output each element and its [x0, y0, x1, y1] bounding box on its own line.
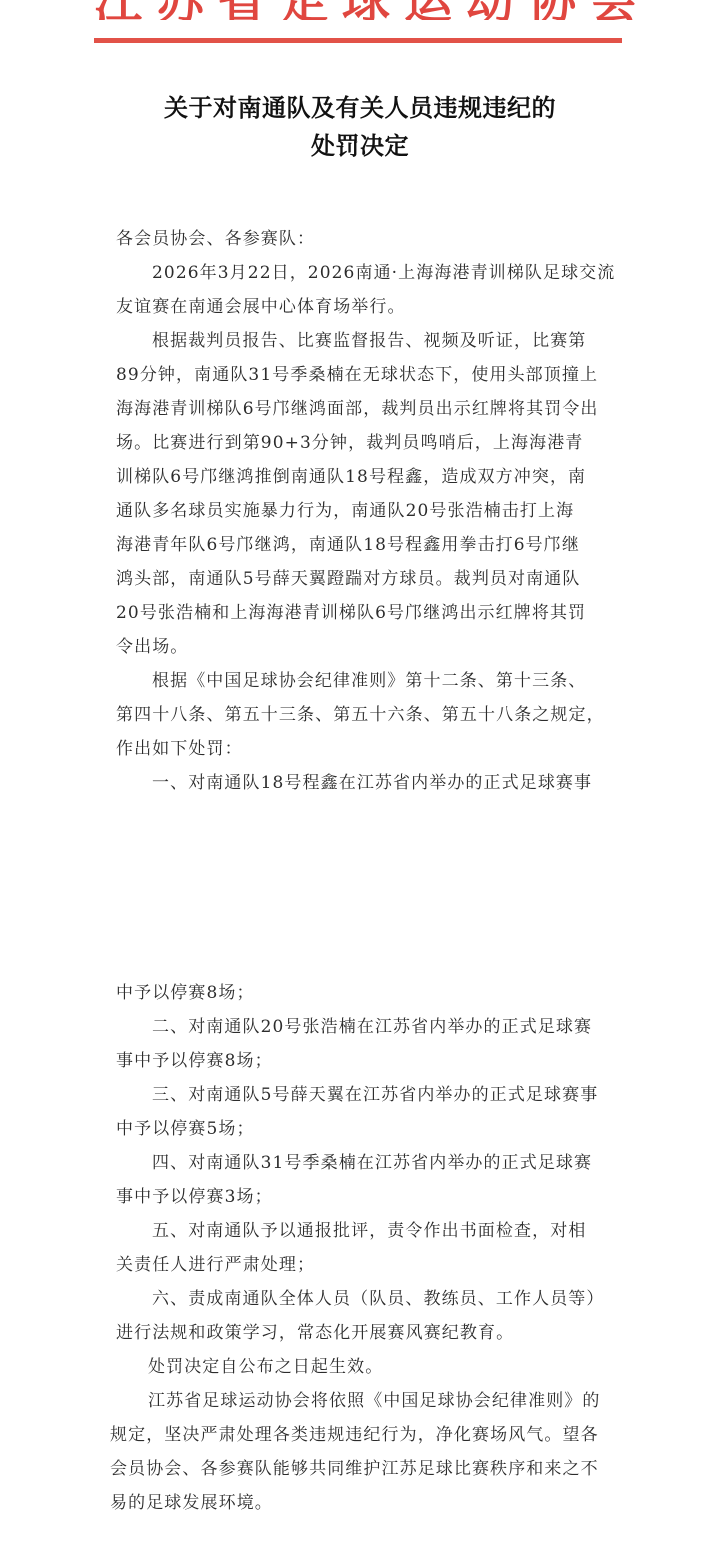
closing-line: 规定，坚决严肃处理各类违规违纪行为，净化赛场风气。望各 — [110, 1424, 602, 1446]
body-line: 令出场。 — [116, 636, 608, 658]
body-line: 2026年3月22日，2026南通·上海海港青训梯队足球交流 — [152, 262, 608, 284]
body-line: 根据裁判员报告、比赛监督报告、视频及听证，比赛第 — [152, 330, 608, 352]
penalty-item-1: 一、对南通队18号程鑫在江苏省内举办的正式足球赛事 — [152, 772, 608, 794]
red-divider — [94, 38, 622, 43]
penalty-item-2-cont: 事中予以停赛8场； — [116, 1050, 608, 1072]
salutation: 各会员协会、各参赛队： — [116, 228, 608, 250]
body-line: 海海港青训梯队6号邝继鸿面部，裁判员出示红牌将其罚令出 — [116, 398, 608, 420]
closing-line: 会员协会、各参赛队能够共同维护江苏足球比赛秩序和来之不 — [110, 1458, 602, 1480]
penalty-item-6: 六、责成南通队全体人员（队员、教练员、工作人员等） — [152, 1288, 608, 1310]
body-line: 通队多名球员实施暴力行为，南通队20号张浩楠击打上海 — [116, 500, 608, 522]
body-line: 第四十八条、第五十三条、第五十六条、第五十八条之规定， — [116, 704, 608, 726]
penalty-item-3-cont: 中予以停赛5场； — [116, 1118, 608, 1140]
penalty-item-2: 二、对南通队20号张浩楠在江苏省内举办的正式足球赛 — [152, 1016, 608, 1038]
body-line: 友谊赛在南通会展中心体育场举行。 — [116, 296, 608, 318]
body-line: 海港青年队6号邝继鸿，南通队18号程鑫用拳击打6号邝继 — [116, 534, 608, 556]
penalty-item-5-cont: 关责任人进行严肃处理； — [116, 1254, 608, 1276]
effective-statement: 处罚决定自公布之日起生效。 — [148, 1356, 640, 1378]
penalty-item-5: 五、对南通队予以通报批评，责令作出书面检查，对相 — [152, 1220, 608, 1242]
penalty-item-4: 四、对南通队31号季桑楠在江苏省内举办的正式足球赛 — [152, 1152, 608, 1174]
body-line: 训梯队6号邝继鸿推倒南通队18号程鑫，造成双方冲突，南 — [116, 466, 608, 488]
closing-line: 易的足球发展环境。 — [110, 1492, 602, 1514]
body-line: 20号张浩楠和上海海港青训梯队6号邝继鸿出示红牌将其罚 — [116, 602, 608, 624]
document-title-line-2: 处罚决定 — [0, 126, 720, 161]
document-title-line-1: 关于对南通队及有关人员违规违纪的 — [0, 88, 720, 123]
body-line: 根据《中国足球协会纪律准则》第十二条、第十三条、 — [152, 670, 608, 692]
organization-name: 江苏省足球运动协会 — [94, 0, 624, 20]
penalty-item-4-cont: 事中予以停赛3场； — [116, 1186, 608, 1208]
body-line: 场。比赛进行到第90+3分钟，裁判员鸣哨后，上海海港青 — [116, 432, 608, 454]
penalty-item-3: 三、对南通队5号薛天翼在江苏省内举办的正式足球赛事 — [152, 1084, 608, 1106]
penalty-item-1-cont: 中予以停赛8场； — [116, 982, 608, 1004]
closing-line: 江苏省足球运动协会将依照《中国足球协会纪律准则》的 — [148, 1390, 640, 1412]
body-line: 鸿头部，南通队5号薛天翼蹬踹对方球员。裁判员对南通队 — [116, 568, 608, 590]
penalty-item-6-cont: 进行法规和政策学习，常态化开展赛风赛纪教育。 — [116, 1322, 608, 1344]
masthead: 江苏省足球运动协会 — [0, 0, 720, 20]
body-line: 89分钟，南通队31号季桑楠在无球状态下，使用头部顶撞上 — [116, 364, 608, 386]
body-line: 作出如下处罚： — [116, 738, 608, 760]
